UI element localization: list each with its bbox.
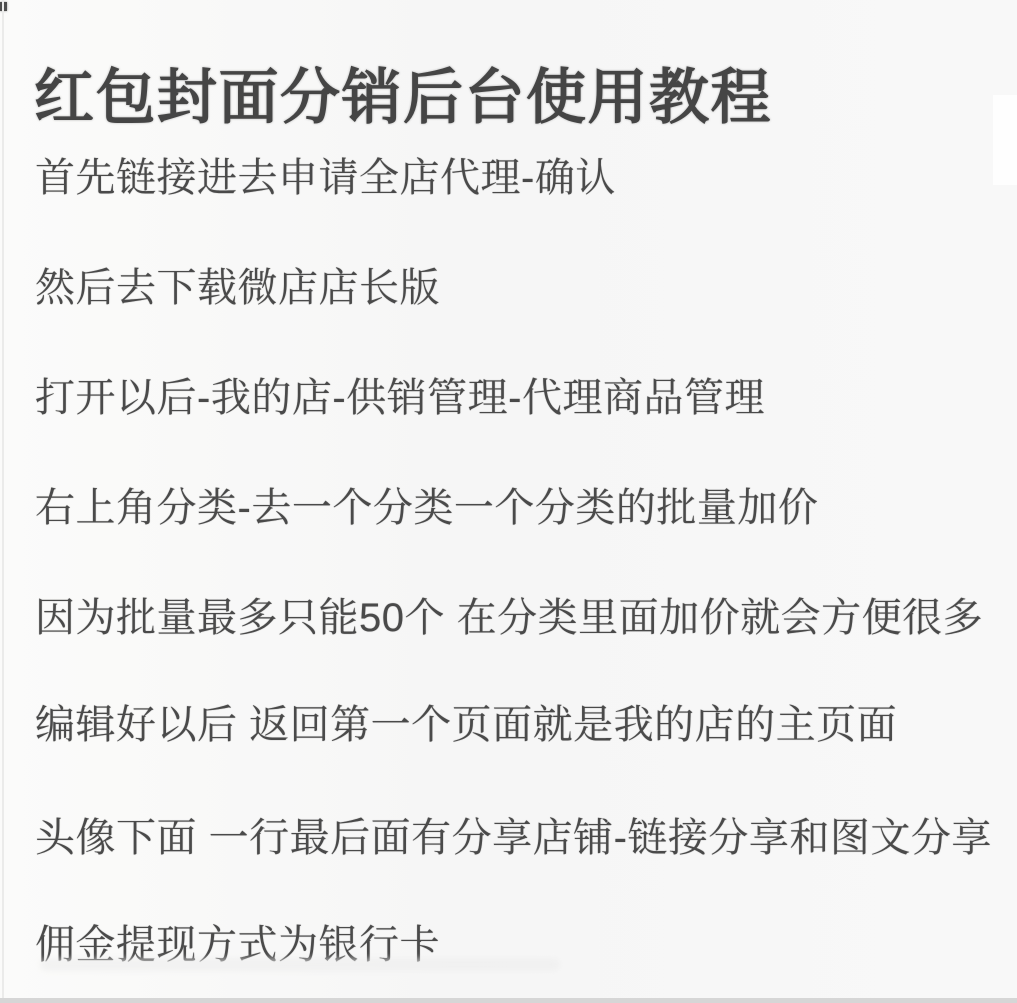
tutorial-step-4: 右上角分类-去一个分类一个分类的批量加价 — [35, 476, 818, 533]
tutorial-step-6: 编辑好以后 返回第一个页面就是我的店的主页面 — [35, 693, 897, 750]
tutorial-step-3: 打开以后-我的店-供销管理-代理商品管理 — [35, 366, 765, 423]
bottom-divider — [0, 998, 1017, 1003]
tutorial-page: 红包封面分销后台使用教程 首先链接进去申请全店代理-确认 然后去下载微店店长版 … — [0, 0, 1017, 1003]
tutorial-step-1: 首先链接进去申请全店代理-确认 — [35, 146, 616, 203]
page-title: 红包封面分销后台使用教程 — [34, 50, 772, 136]
tutorial-step-7: 头像下面 一行最后面有分享店铺-链接分享和图文分享 — [35, 806, 992, 863]
right-highlight-patch — [993, 95, 1017, 185]
tutorial-step-2: 然后去下载微店店长版 — [35, 256, 440, 313]
tutorial-step-5: 因为批量最多只能50个 在分类里面加价就会方便很多 — [35, 586, 983, 643]
left-edge-line — [2, 0, 4, 1003]
compression-ghost — [40, 958, 560, 971]
